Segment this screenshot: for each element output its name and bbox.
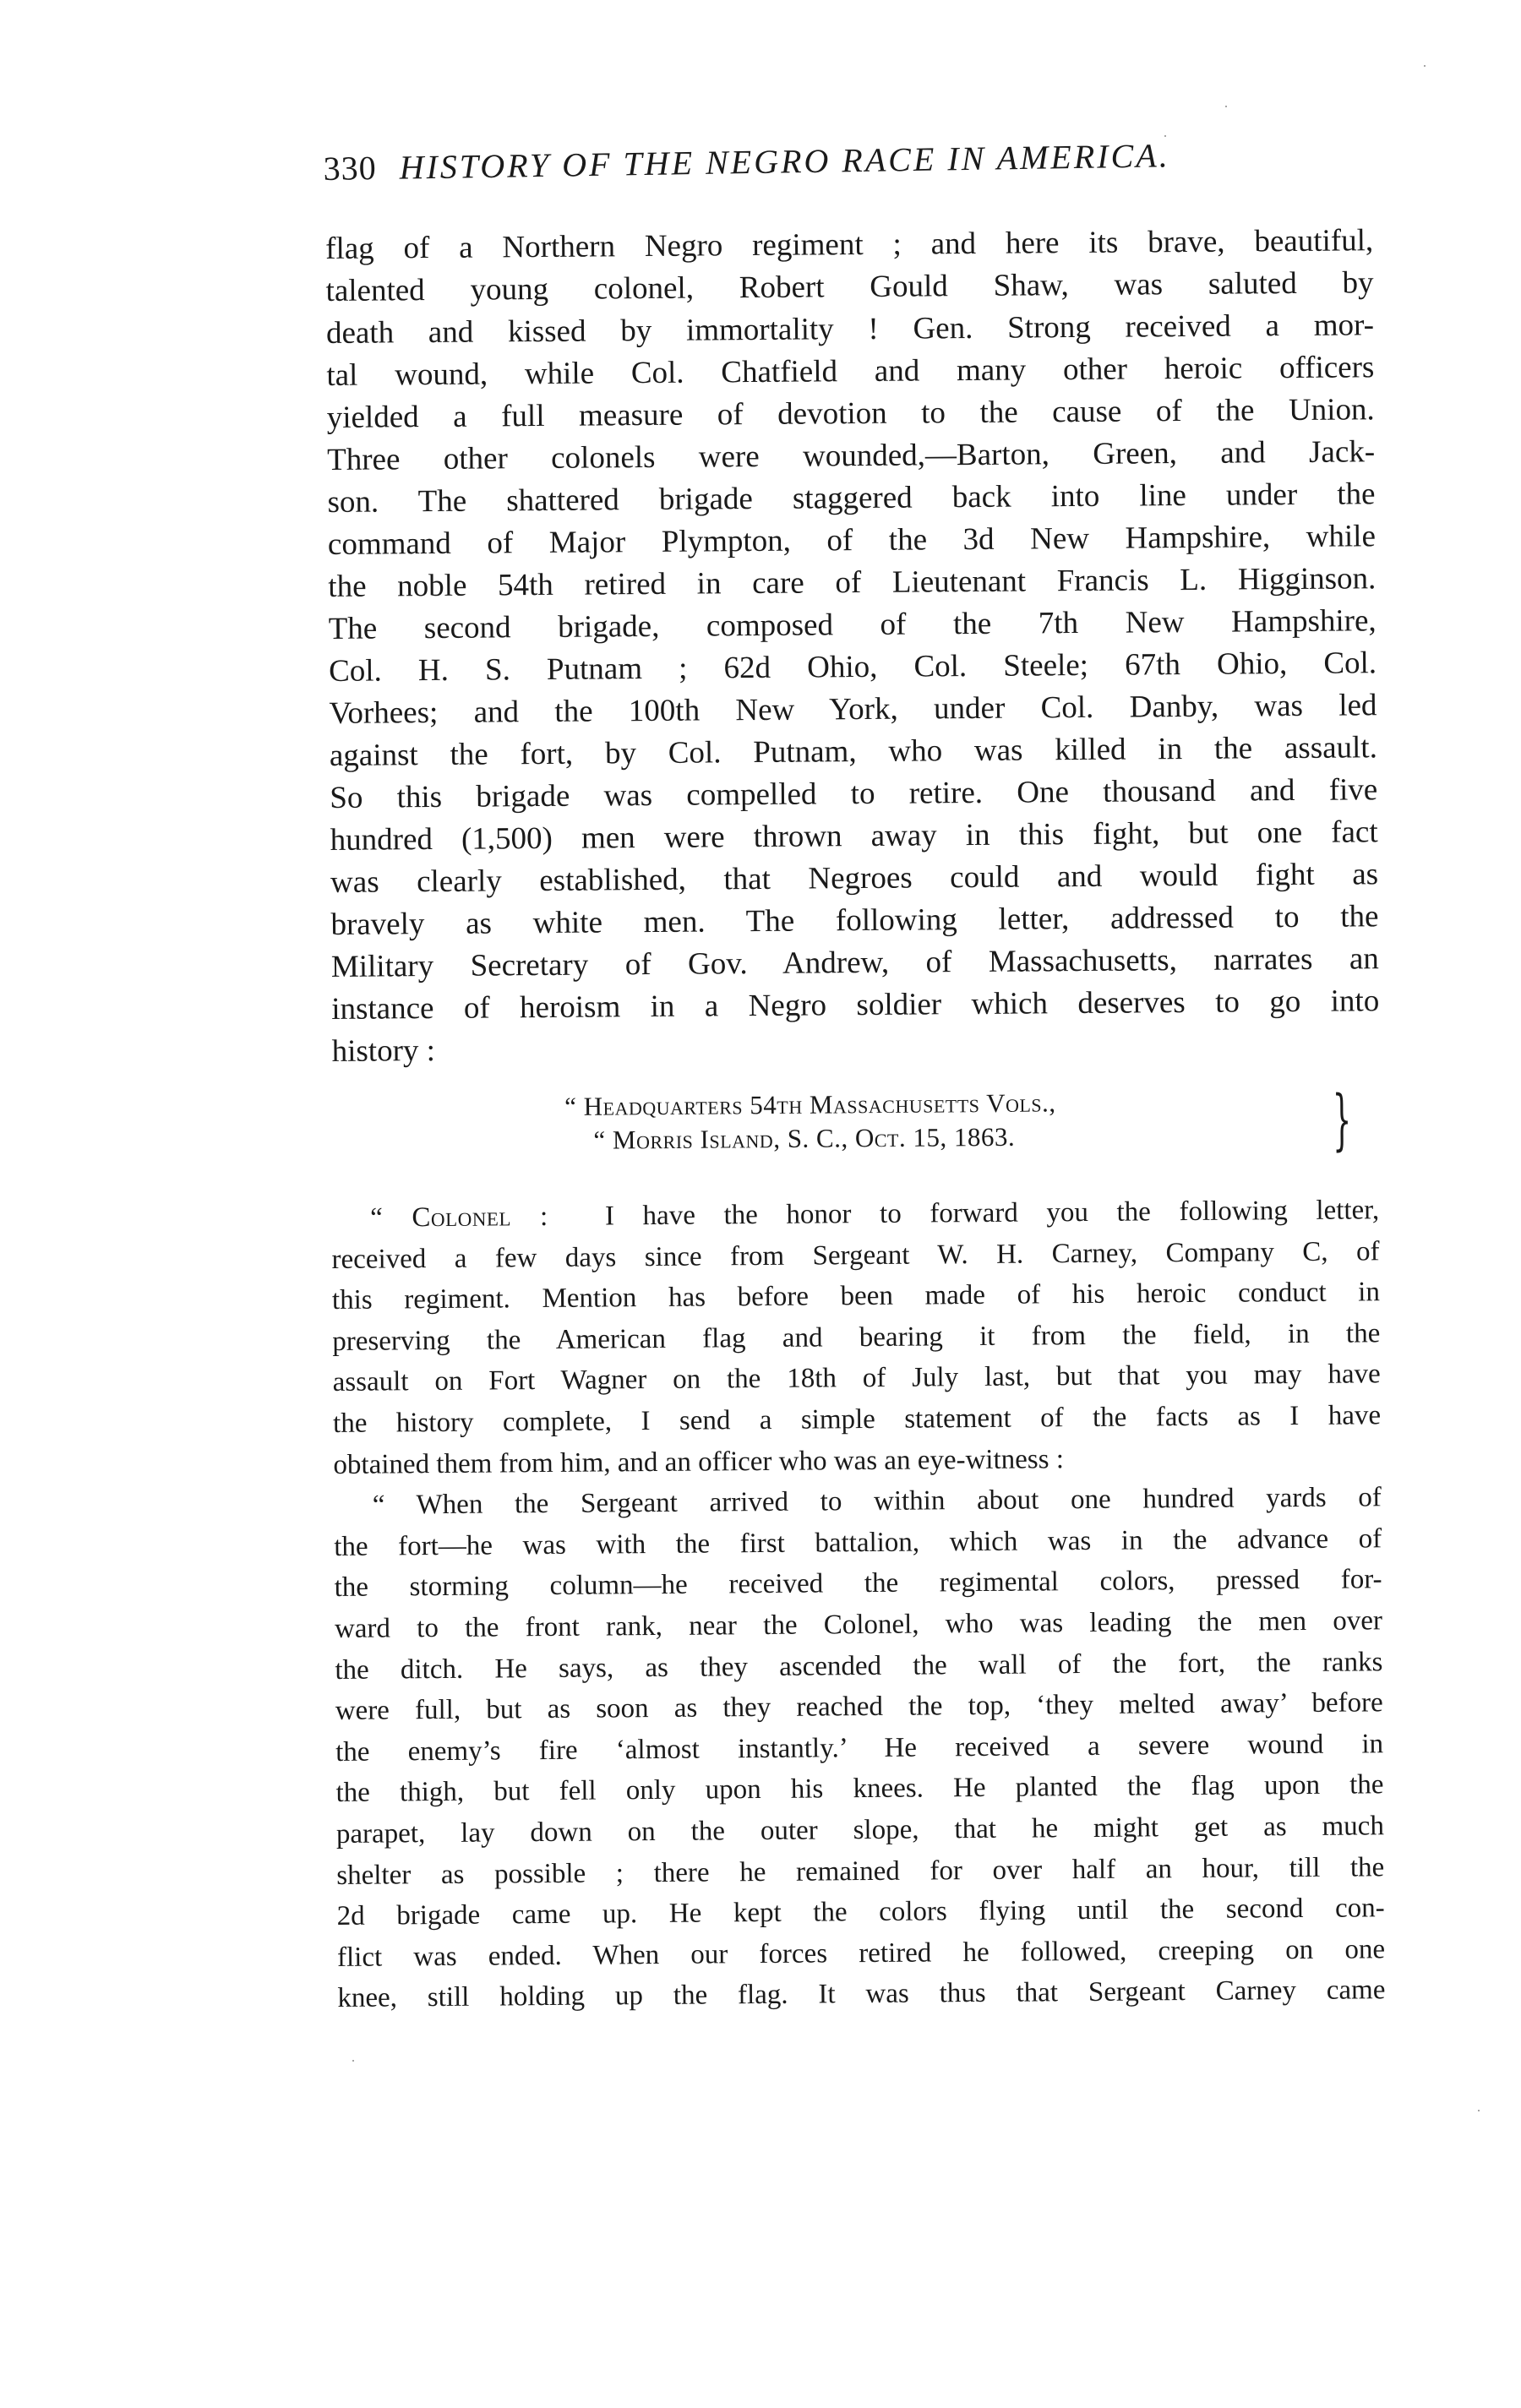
text-line: I have the honor to forward you the foll… bbox=[605, 1195, 1379, 1231]
text-line: instance of heroism in a Negro soldier w… bbox=[331, 980, 1379, 1031]
running-head: 330 HISTORY OF THE NEGRO RACE IN AMERICA… bbox=[323, 132, 1388, 188]
dateline-place-date: “ Morris Island, S. C., Oct. 15, 1863. bbox=[564, 1118, 1342, 1158]
scan-speck bbox=[352, 2060, 354, 2062]
scan-speck bbox=[1424, 65, 1426, 67]
book-title: HISTORY OF THE NEGRO RACE IN AMERICA. bbox=[399, 136, 1170, 186]
letter-body: “ Colonel : I have the honor to forward … bbox=[331, 1190, 1386, 2019]
brace-icon: } bbox=[1333, 1087, 1352, 1153]
scan-speck bbox=[1225, 106, 1227, 107]
scan-speck bbox=[1478, 2110, 1480, 2111]
book-page: 330 HISTORY OF THE NEGRO RACE IN AMERICA… bbox=[0, 0, 1521, 2408]
text-line: knee, still holding up the flag. It was … bbox=[337, 1970, 1385, 2019]
scan-speck bbox=[1164, 135, 1166, 137]
letter-salutation: “ Colonel : bbox=[370, 1201, 548, 1234]
letter-dateline: “ Headquarters 54th Massachusetts Vols.,… bbox=[564, 1084, 1343, 1158]
text-line: history : bbox=[331, 1022, 1379, 1073]
text-line: the history complete, I send a simple st… bbox=[333, 1395, 1381, 1444]
narrative-paragraph: flag of a Northern Negro regiment ; and … bbox=[325, 220, 1380, 1073]
page-number: 330 bbox=[323, 149, 377, 188]
